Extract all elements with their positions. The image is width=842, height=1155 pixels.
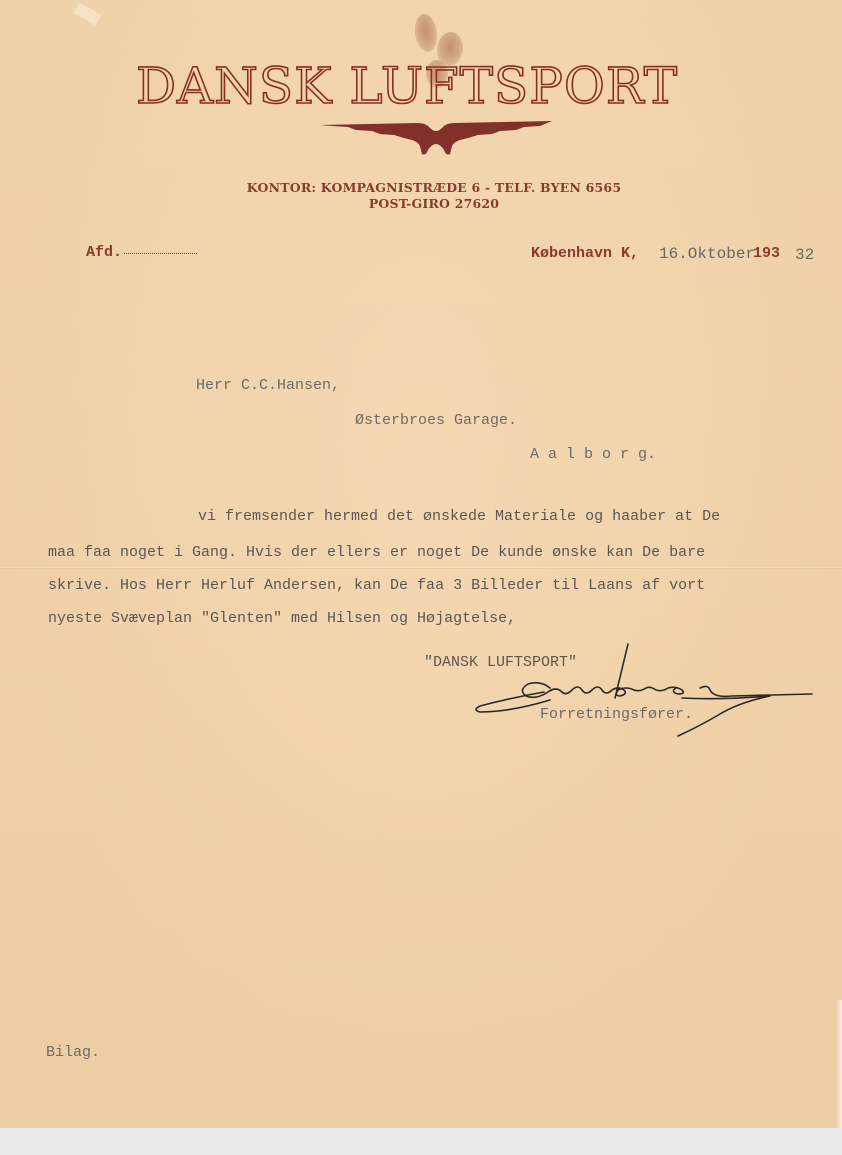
handwritten-signature [470, 640, 820, 750]
date-typed: 16.Oktober [659, 245, 755, 263]
letterhead-address: KONTOR: KOMPAGNISTRÆDE 6 - TELF. BYEN 65… [0, 180, 842, 195]
paper-crease [74, 3, 102, 26]
body-line-2: maa faa noget i Gang. Hvis der ellers er… [48, 544, 705, 562]
paper-sheet: DANSK LUFTSPORT KONTOR: KOMPAGNISTRÆDE 6… [0, 0, 842, 1128]
letterhead-title-text: DANSK LUFTSPORT [136, 57, 678, 115]
winged-emblem-icon [318, 118, 554, 158]
letterhead-title: DANSK LUFTSPORT [0, 58, 842, 114]
closing-title: Forretningsfører. [540, 706, 693, 724]
body-line-1: vi fremsender hermed det ønskede Materia… [198, 508, 720, 526]
year-suffix: 32 [795, 246, 814, 264]
afd-label: Afd. [86, 244, 122, 262]
place-label: København K, [531, 245, 639, 263]
paper-edge [836, 1000, 842, 1128]
recipient-company: Østerbroes Garage. [355, 412, 517, 430]
body-line-4: nyeste Svæveplan "Glenten" med Hilsen og… [48, 610, 516, 628]
scanned-letter: DANSK LUFTSPORT KONTOR: KOMPAGNISTRÆDE 6… [0, 0, 842, 1155]
afd-blank-line [124, 253, 197, 254]
fold-line [0, 567, 842, 569]
recipient-city: A a l b o r g. [530, 446, 656, 464]
recipient-name: Herr C.C.Hansen, [196, 377, 340, 395]
enclosure-label: Bilag. [46, 1044, 100, 1062]
letterhead-giro: POST-GIRO 27620 [0, 196, 842, 211]
stain-mark [412, 13, 439, 54]
year-prefix: 193 [753, 245, 780, 263]
body-line-3: skrive. Hos Herr Herluf Andersen, kan De… [48, 577, 705, 595]
